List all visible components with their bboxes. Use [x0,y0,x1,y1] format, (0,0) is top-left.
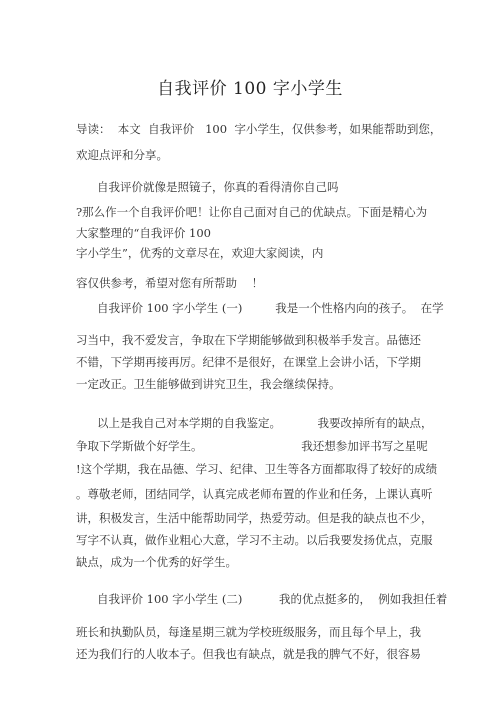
text-line: ?那么作一个自我评价吧！让你自己面对自己的优缺点。下面是精心为 [76,205,427,219]
text-line: 讲，积极发言，生活中能帮助同学，热爱劳动。但是我的缺点也不少， [76,511,433,525]
text-line: 自我评价 100 字小学生 (一) 我是一个性格内向的孩子。 在学 [97,301,444,315]
text-line: 。尊敬老师，团结同学，认真完成老师布置的作业和任务，上课认真听 [76,487,433,501]
text-line: 争取下学斯做个好学生。 我还想参加评书写之星呢 [76,439,428,453]
text-line: !这个学期，我在品德、学习、纪律、卫生等各方面都取得了较好的成绩 [76,462,437,476]
text-line: 班长和执勤队员，每逢星期三就为学校班级服务，而且每个早上，我 [76,625,421,639]
text-line: 写字不认真，做作业粗心大意，学习不主动。以后我要发扬优点，克服 [76,533,433,547]
document-title: 自我评价 100 字小学生 [0,74,500,99]
text-line: 欢迎点评和分享。 [76,148,168,162]
text-line: 以上是我自己对本学期的自我鉴定。 我要改掉所有的缺点， [97,416,433,430]
text-line: 不错，下学期再接再厉。纪律不是很好，在课堂上会讲小话，下学期 [76,355,421,369]
text-line: 习当中，我不爱发言，争取在下学期能够做到积极举手发言。品德还 [76,333,421,347]
text-line: 自我评价 100 字小学生 (二) 我的优点挺多的， 例如我担任着 [97,592,447,606]
text-line: 一定改正。卫生能够做到讲究卫生，我会继续保持。 [76,377,341,391]
text-line: 容仅供参考，希望对您有所帮助 ！ [76,276,263,290]
text-line: 自我评价就像是照镜子，你真的看得清你自己吗 [97,180,339,194]
text-line: 缺点，成为一个优秀的好学生。 [76,555,237,569]
text-line: 导读： 本文 自我评价 100 字小学生，仅供参考，如果能帮助到您， [76,122,441,136]
text-line: 大家整理的“自我评价 100 [76,226,211,240]
document-page: 自我评价 100 字小学生 导读： 本文 自我评价 100 字小学生，仅供参考，… [0,0,500,707]
text-line: 还为我们行的人收本子。但我也有缺点，就是我的脾气不好，很容易 [76,647,421,661]
text-line: 字小学生”，优秀的文章尽在，欢迎大家阅读，内 [76,246,323,260]
